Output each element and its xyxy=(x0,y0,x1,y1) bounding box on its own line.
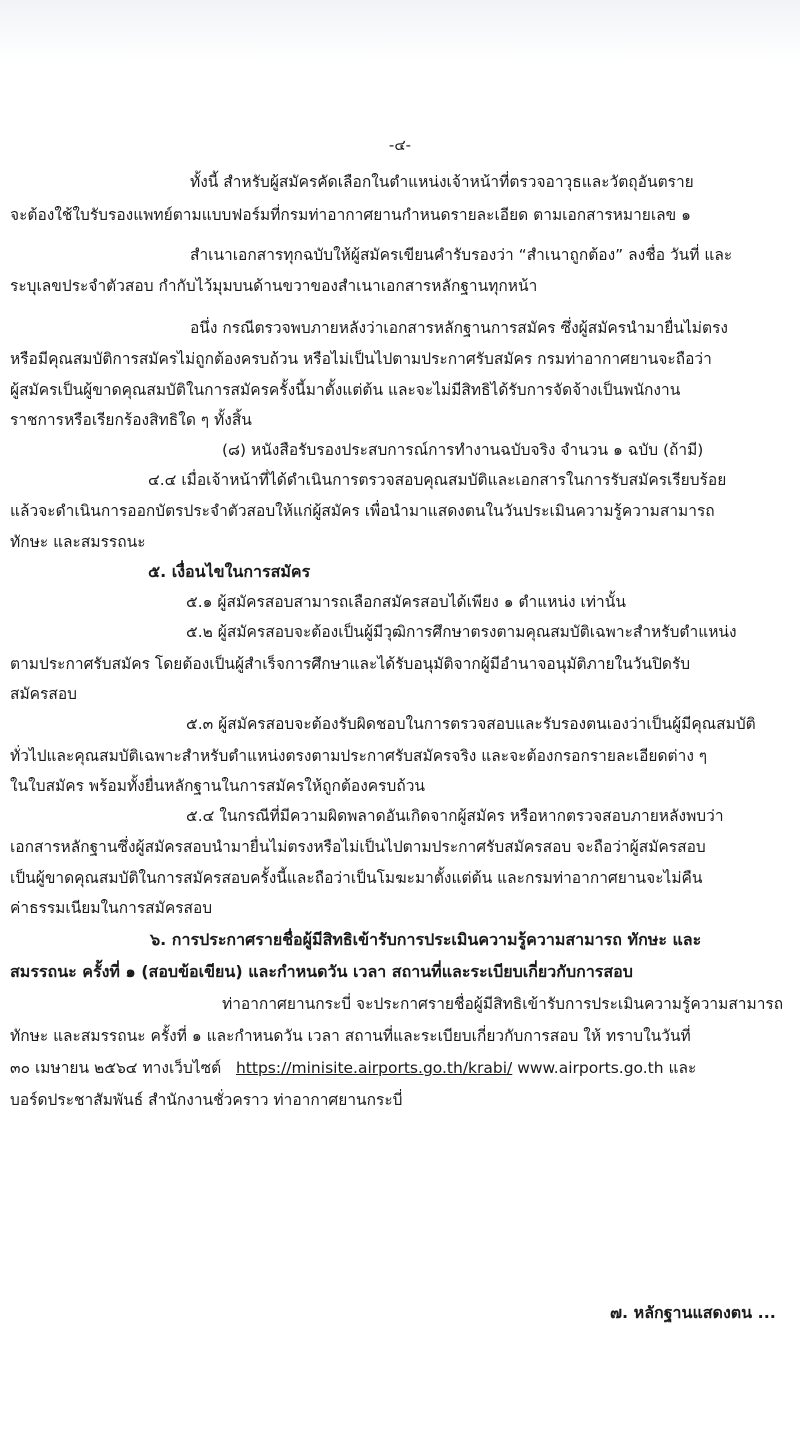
section-5-3-line: ในใบสมัคร พร้อมทั้งยื่นหลักฐานในการสมัคร… xyxy=(10,776,425,796)
airports-website-text: www.airports.go.th และ xyxy=(517,1059,696,1077)
paragraph-line: หรือมีคุณสมบัติการสมัครไม่ถูกต้องครบถ้วน… xyxy=(10,349,712,369)
section-4-4-line: แล้วจะดำเนินการออกบัตรประจำตัวสอบให้แก่ผ… xyxy=(10,501,715,521)
date-text: ๓๐ เมษายน ๒๕๖๔ ทางเว็บไซต์ xyxy=(10,1059,221,1077)
section-6-body-line: ทักษะ และสมรรถนะ ครั้งที่ ๑ และกำหนดวัน … xyxy=(10,1026,691,1046)
section-5-4-line: ค่าธรรมเนียมในการสมัครสอบ xyxy=(10,898,212,918)
paragraph-line: ผู้สมัครเป็นผู้ขาดคุณสมบัติในการสมัครครั… xyxy=(10,380,680,400)
section-5-4-line: เป็นผู้ขาดคุณสมบัติในการสมัครสอบครั้งนี้… xyxy=(10,868,703,888)
krabi-website-link[interactable]: https://minisite.airports.go.th/krabi/ xyxy=(236,1059,512,1077)
paragraph-line: จะต้องใช้ใบรับรองแพทย์ตามแบบฟอร์มที่กรมท… xyxy=(10,205,691,225)
section-5-3-line: ทั่วไปและคุณสมบัติเฉพาะสำหรับตำแหน่งตรงต… xyxy=(10,746,707,766)
section-5-1: ๕.๑ ผู้สมัครสอบสามารถเลือกสมัครสอบได้เพี… xyxy=(186,592,626,612)
section-6-body-line: บอร์ดประชาสัมพันธ์ สำนักงานชั่วคราว ท่าอ… xyxy=(10,1090,403,1110)
section-5-2-line: ตามประกาศรับสมัคร โดยต้องเป็นผู้สำเร็จกา… xyxy=(10,654,690,674)
document-page: -๔- ทั้งนี้ สำหรับผู้สมัครคัดเลือกในตำแห… xyxy=(0,0,800,1445)
section-4-4-line: ทักษะ และสมรรถนะ xyxy=(10,532,146,552)
section-5-heading: ๕. เงื่อนไขในการสมัคร xyxy=(148,562,310,582)
continuation-marker: ๗. หลักฐานแสดงตน ... xyxy=(610,1303,776,1323)
section-6-body-line: ท่าอากาศยานกระบี่ จะประกาศรายชื่อผู้มีสิ… xyxy=(222,994,783,1014)
section-6-heading: สมรรถนะ ครั้งที่ ๑ (สอบข้อเขียน) และกำหน… xyxy=(10,962,633,982)
paragraph-line: ทั้งนี้ สำหรับผู้สมัครคัดเลือกในตำแหน่งเ… xyxy=(190,172,694,192)
section-5-4-line: ๕.๔ ในกรณีที่มีความผิดพลาดอันเกิดจากผู้ส… xyxy=(186,806,724,826)
list-item-8: (๘) หนังสือรับรองประสบการณ์การทำงานฉบับจ… xyxy=(222,440,703,460)
paragraph-line: ราชการหรือเรียกร้องสิทธิใด ๆ ทั้งสิ้น xyxy=(10,410,252,430)
section-6-date-line: ๓๐ เมษายน ๒๕๖๔ ทางเว็บไซต์ https://minis… xyxy=(10,1058,696,1078)
paragraph-line: ระบุเลขประจำตัวสอบ กำกับไว้มุมบนด้านขวาข… xyxy=(10,276,537,296)
section-5-2-line: ๕.๒ ผู้สมัครสอบจะต้องเป็นผู้มีวุฒิการศึก… xyxy=(186,622,737,642)
paragraph-line: อนึ่ง กรณีตรวจพบภายหลังว่าเอกสารหลักฐานก… xyxy=(190,318,728,338)
section-5-2-line: สมัครสอบ xyxy=(10,684,77,704)
section-6-heading: ๖. การประกาศรายชื่อผู้มีสิทธิเข้ารับการป… xyxy=(150,930,701,950)
paragraph-line: สำเนาเอกสารทุกฉบับให้ผู้สมัครเขียนคำรับร… xyxy=(190,245,732,265)
section-4-4-line: ๔.๔ เมื่อเจ้าหน้าที่ได้ดำเนินการตรวจสอบค… xyxy=(148,470,726,490)
page-number: -๔- xyxy=(0,133,800,157)
section-5-4-line: เอกสารหลักฐานซึ่งผู้สมัครสอบนำมายื่นไม่ต… xyxy=(10,837,706,857)
section-5-3-line: ๕.๓ ผู้สมัครสอบจะต้องรับผิดชอบในการตรวจส… xyxy=(186,714,756,734)
